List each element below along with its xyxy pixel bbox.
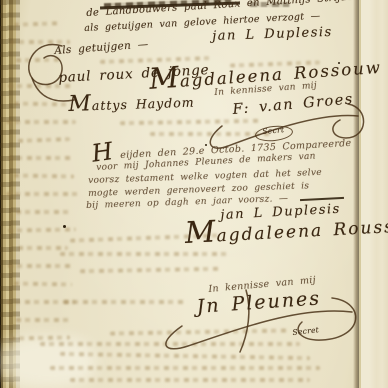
bleedthrough-line xyxy=(80,267,220,273)
bleedthrough-line xyxy=(6,192,78,196)
ink-speck xyxy=(338,62,340,64)
manuscript-page: de Landbouwers paul Roux en Matthijs Str… xyxy=(0,0,388,388)
signature-mattys-haydom: Mattys Haydom xyxy=(68,88,195,117)
bleedthrough-line xyxy=(14,281,72,286)
bleedthrough-line xyxy=(60,252,230,256)
bleedthrough-line xyxy=(8,264,74,268)
ink-speck xyxy=(63,225,66,228)
bleedthrough-line xyxy=(8,156,72,160)
bleedthrough-line xyxy=(14,21,60,27)
bleedthrough-line xyxy=(18,137,70,143)
bleedthrough-line xyxy=(16,210,71,214)
signature-jan-duplessis: jan L Duplesis xyxy=(212,25,333,44)
bleedthrough-line xyxy=(6,120,76,124)
bleedthrough-line xyxy=(16,318,70,322)
bleedthrough-line xyxy=(70,378,310,382)
bleedthrough-line xyxy=(8,227,76,232)
secretary-title: Secrt xyxy=(262,125,285,136)
bleedthrough-line xyxy=(14,173,74,178)
closing-dash xyxy=(300,197,344,201)
bleedthrough-line xyxy=(50,366,320,370)
bleedthrough-line xyxy=(18,246,68,250)
ink-speck xyxy=(205,144,207,146)
